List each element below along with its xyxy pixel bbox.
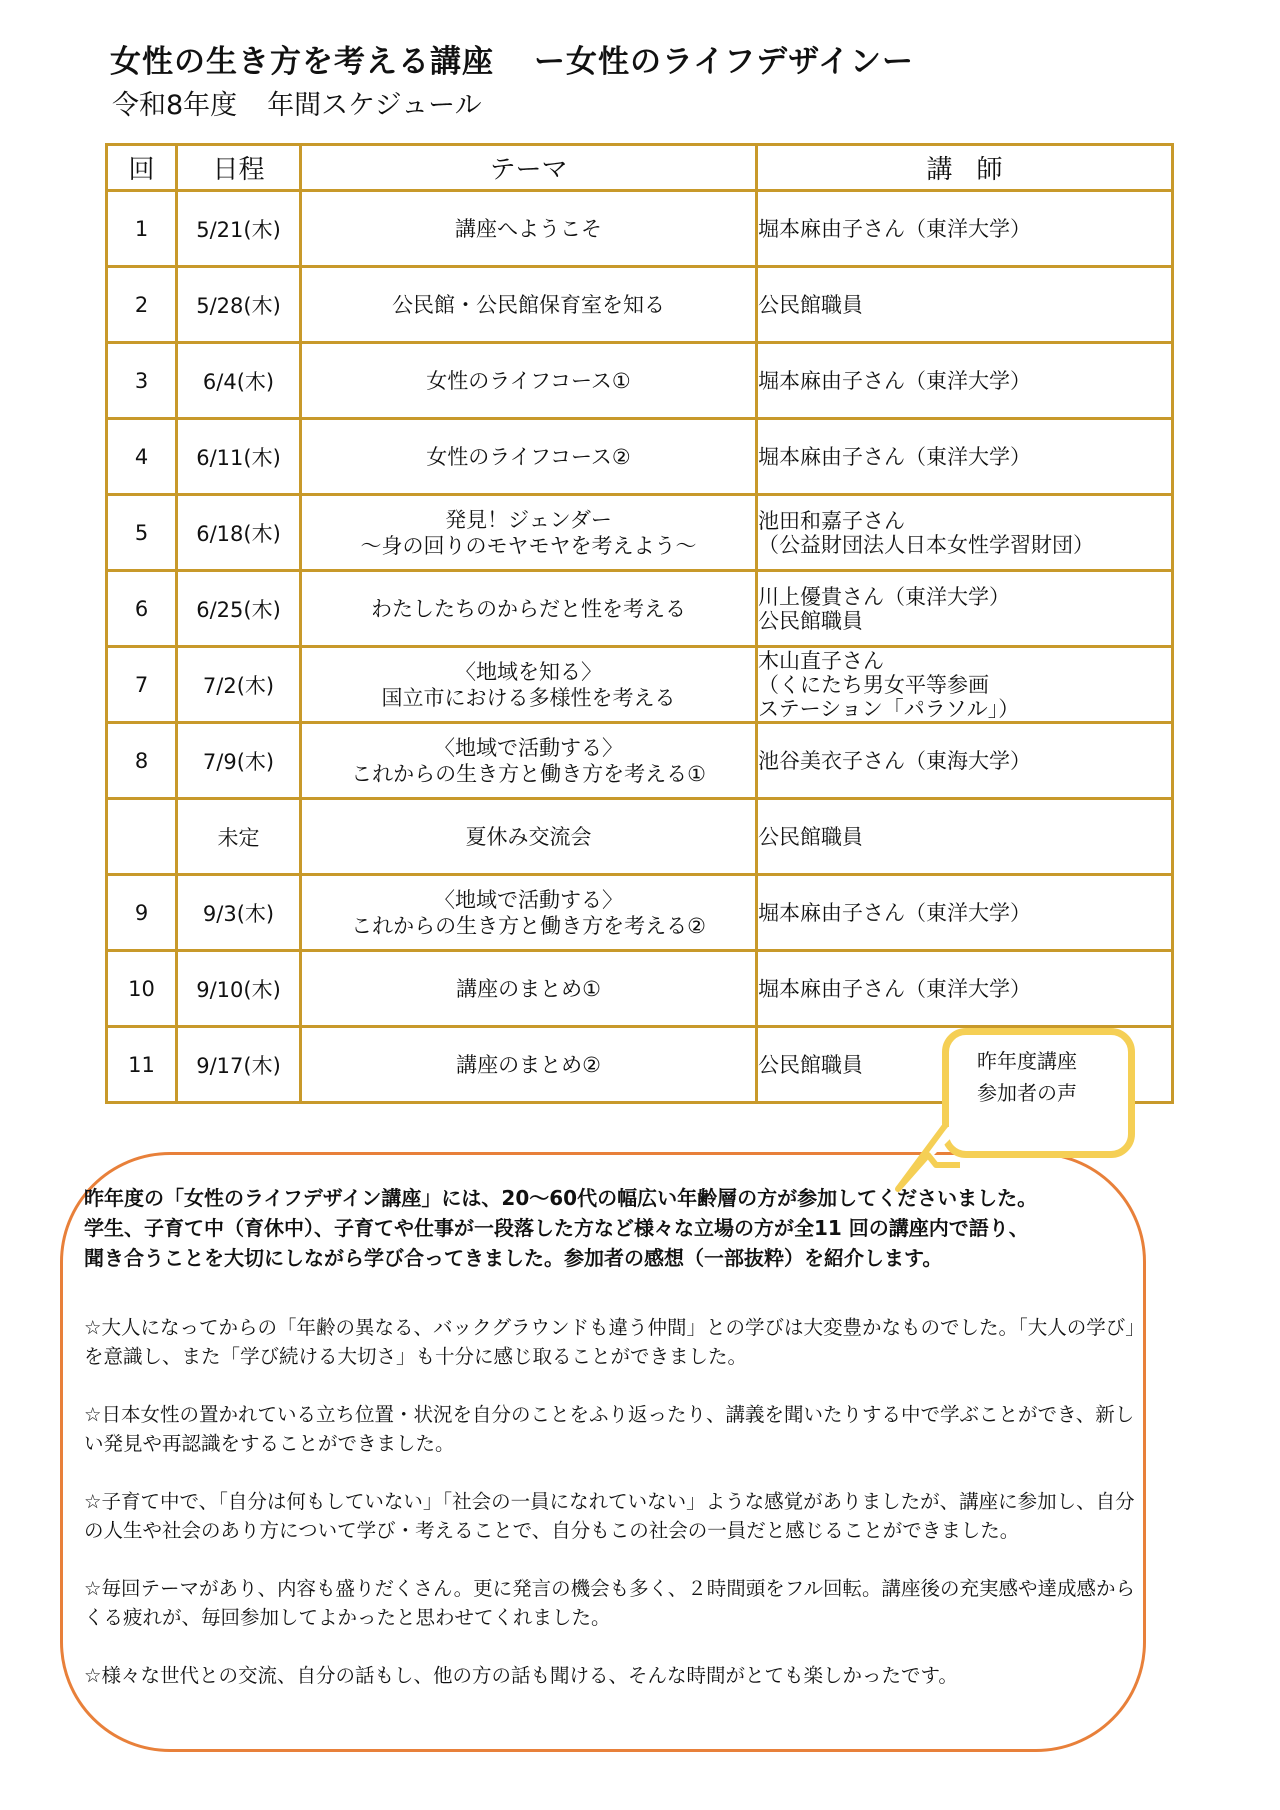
- cell-theme-line: 夏休み交流会: [302, 824, 755, 850]
- table-row: 99/3(木)〈地域で活動する〉これからの生き方と働き方を考える②堀本麻由子さん…: [107, 875, 1173, 951]
- cell-lecturer-line: 堀本麻由子さん（東洋大学）: [758, 977, 1171, 1001]
- cell-lecturer: 公民館職員: [757, 799, 1173, 875]
- table-header-row: 回 日程 テーマ 講師: [107, 145, 1173, 191]
- cell-theme: 公民館・公民館保育室を知る: [301, 267, 757, 343]
- cell-theme: 女性のライフコース①: [301, 343, 757, 419]
- cell-session-number: 3: [107, 343, 177, 419]
- subtitle-label: 年間スケジュール: [267, 90, 481, 121]
- cell-date: 9/3(木): [177, 875, 301, 951]
- cell-lecturer: 堀本麻由子さん（東洋大学）: [757, 343, 1173, 419]
- cell-theme-line: 〈地域を知る〉: [302, 659, 755, 685]
- cell-lecturer-line: （くにたち男女平等参画: [758, 673, 1171, 697]
- cell-theme-line: 公民館・公民館保育室を知る: [302, 292, 755, 318]
- callout-bubble: 昨年度講座 参加者の声: [942, 1028, 1135, 1158]
- cell-lecturer-line: 公民館職員: [758, 293, 1171, 317]
- cell-date: 7/9(木): [177, 723, 301, 799]
- cell-date: 6/4(木): [177, 343, 301, 419]
- cell-date: 7/2(木): [177, 647, 301, 723]
- cell-theme-line: 〈地域で活動する〉: [302, 735, 755, 761]
- cell-session-number: 8: [107, 723, 177, 799]
- cell-date: 5/21(木): [177, 191, 301, 267]
- cell-theme: 〈地域で活動する〉これからの生き方と働き方を考える①: [301, 723, 757, 799]
- page-title: 女性の生き方を考える講座ー女性のライフデザインー: [110, 36, 914, 81]
- cell-date: 6/11(木): [177, 419, 301, 495]
- cell-session-number: 7: [107, 647, 177, 723]
- cell-lecturer-line: 川上優貴さん（東洋大学）: [758, 585, 1171, 609]
- callout-line: 参加者の声: [977, 1077, 1077, 1109]
- cell-lecturer: 堀本麻由子さん（東洋大学）: [757, 875, 1173, 951]
- table-row: 109/10(木)講座のまとめ①堀本麻由子さん（東洋大学）: [107, 951, 1173, 1027]
- title-main: 女性の生き方を考える講座: [110, 44, 494, 80]
- cell-lecturer-line: 堀本麻由子さん（東洋大学）: [758, 901, 1171, 925]
- cell-lecturer-line: 堀本麻由子さん（東洋大学）: [758, 369, 1171, 393]
- comment-item: ☆大人になってからの「年齢の異なる、バックグラウンドも違う仲間」との学びは大変豊…: [84, 1313, 1144, 1371]
- cell-lecturer-line: （公益財団法人日本女性学習財団）: [758, 533, 1171, 557]
- cell-date: 5/28(木): [177, 267, 301, 343]
- header-theme: テーマ: [301, 145, 757, 191]
- comment-item: ☆様々な世代との交流、自分の話もし、他の方の話も聞ける、そんな時間がとても楽しか…: [84, 1661, 1144, 1690]
- page-subtitle: 令和8年度年間スケジュール: [112, 83, 482, 122]
- cell-session-number: 9: [107, 875, 177, 951]
- title-sub: ー女性のライフデザインー: [534, 44, 914, 80]
- callout-line: 昨年度講座: [977, 1045, 1077, 1077]
- intro-line: 学生、子育て中（育休中）、子育てや仕事が一段落した方など様々な立場の方が全11 …: [84, 1213, 1164, 1243]
- schedule-body: 15/21(木)講座へようこそ堀本麻由子さん（東洋大学）25/28(木)公民館・…: [107, 191, 1173, 1103]
- cell-theme: 女性のライフコース②: [301, 419, 757, 495]
- cell-lecturer-line: 池田和嘉子さん: [758, 509, 1171, 533]
- cell-lecturer-line: 公民館職員: [758, 825, 1171, 849]
- cell-session-number: 10: [107, 951, 177, 1027]
- cell-theme-line: ～身の回りのモヤモヤを考えよう～: [302, 533, 755, 559]
- cell-session-number: 2: [107, 267, 177, 343]
- cell-session-number: 4: [107, 419, 177, 495]
- cell-theme: 夏休み交流会: [301, 799, 757, 875]
- header-num: 回: [107, 145, 177, 191]
- cell-lecturer: 公民館職員: [757, 267, 1173, 343]
- cell-lecturer: 川上優貴さん（東洋大学）公民館職員: [757, 571, 1173, 647]
- cell-theme-line: 女性のライフコース②: [302, 444, 755, 470]
- cell-theme: 講座へようこそ: [301, 191, 757, 267]
- cell-date: 9/10(木): [177, 951, 301, 1027]
- callout-tail-icon: [890, 1125, 970, 1195]
- cell-theme-line: これからの生き方と働き方を考える①: [302, 761, 755, 787]
- table-row: 25/28(木)公民館・公民館保育室を知る公民館職員: [107, 267, 1173, 343]
- cell-lecturer: 堀本麻由子さん（東洋大学）: [757, 191, 1173, 267]
- callout-text: 昨年度講座 参加者の声: [977, 1045, 1077, 1109]
- cell-lecturer: 堀本麻由子さん（東洋大学）: [757, 419, 1173, 495]
- cell-date: 6/25(木): [177, 571, 301, 647]
- cell-theme-line: 講座のまとめ①: [302, 976, 755, 1002]
- header-lecturer-a: 講: [926, 155, 952, 185]
- cell-theme: わたしたちのからだと性を考える: [301, 571, 757, 647]
- comment-item: ☆子育て中で、「自分は何もしていない」「社会の一員になれていない」ような感覚があ…: [84, 1487, 1144, 1545]
- cell-date: 9/17(木): [177, 1027, 301, 1103]
- subtitle-year: 令和8年度: [112, 90, 237, 121]
- cell-theme: 講座のまとめ②: [301, 1027, 757, 1103]
- cell-date: 未定: [177, 799, 301, 875]
- cell-lecturer: 堀本麻由子さん（東洋大学）: [757, 951, 1173, 1027]
- voices-comments: ☆大人になってからの「年齢の異なる、バックグラウンドも違う仲間」との学びは大変豊…: [84, 1313, 1144, 1719]
- cell-theme: 講座のまとめ①: [301, 951, 757, 1027]
- cell-theme-line: 国立市における多様性を考える: [302, 685, 755, 711]
- cell-lecturer-line: 堀本麻由子さん（東洋大学）: [758, 445, 1171, 469]
- cell-lecturer: 池田和嘉子さん（公益財団法人日本女性学習財団）: [757, 495, 1173, 571]
- schedule-table: 回 日程 テーマ 講師 15/21(木)講座へようこそ堀本麻由子さん（東洋大学）…: [105, 143, 1174, 1104]
- cell-lecturer-line: 池谷美衣子さん（東海大学）: [758, 749, 1171, 773]
- cell-theme-line: わたしたちのからだと性を考える: [302, 596, 755, 622]
- cell-lecturer: 池谷美衣子さん（東海大学）: [757, 723, 1173, 799]
- cell-theme: 〈地域で活動する〉これからの生き方と働き方を考える②: [301, 875, 757, 951]
- table-row: 36/4(木)女性のライフコース①堀本麻由子さん（東洋大学）: [107, 343, 1173, 419]
- voices-intro: 昨年度の「女性のライフデザイン講座」には、20～60代の幅広い年齢層の方が参加し…: [84, 1183, 1164, 1273]
- table-row: 未定夏休み交流会公民館職員: [107, 799, 1173, 875]
- comment-item: ☆日本女性の置かれている立ち位置・状況を自分のことをふり返ったり、講義を聞いたり…: [84, 1400, 1144, 1458]
- cell-theme-line: 発見！ジェンダー: [302, 507, 755, 533]
- cell-session-number: [107, 799, 177, 875]
- cell-theme-line: 〈地域で活動する〉: [302, 887, 755, 913]
- cell-lecturer-line: 公民館職員: [758, 609, 1171, 633]
- table-row: 46/11(木)女性のライフコース②堀本麻由子さん（東洋大学）: [107, 419, 1173, 495]
- table-row: 66/25(木)わたしたちのからだと性を考える川上優貴さん（東洋大学）公民館職員: [107, 571, 1173, 647]
- cell-lecturer-line: 堀本麻由子さん（東洋大学）: [758, 217, 1171, 241]
- cell-theme-line: 講座のまとめ②: [302, 1052, 755, 1078]
- cell-lecturer: 木山直子さん（くにたち男女平等参画ステーション「パラソル」）: [757, 647, 1173, 723]
- table-row: 15/21(木)講座へようこそ堀本麻由子さん（東洋大学）: [107, 191, 1173, 267]
- table-row: 56/18(木)発見！ジェンダー～身の回りのモヤモヤを考えよう～池田和嘉子さん（…: [107, 495, 1173, 571]
- cell-date: 6/18(木): [177, 495, 301, 571]
- comment-item: ☆毎回テーマがあり、内容も盛りだくさん。更に発言の機会も多く、２時間頭をフル回転…: [84, 1574, 1144, 1632]
- cell-session-number: 6: [107, 571, 177, 647]
- table-row: 77/2(木)〈地域を知る〉国立市における多様性を考える木山直子さん（くにたち男…: [107, 647, 1173, 723]
- header-lecturer: 講師: [757, 145, 1173, 191]
- cell-session-number: 11: [107, 1027, 177, 1103]
- intro-line: 聞き合うことを大切にしながら学び合ってきました。参加者の感想（一部抜粋）を紹介し…: [84, 1243, 1164, 1273]
- intro-line: 昨年度の「女性のライフデザイン講座」には、20～60代の幅広い年齢層の方が参加し…: [84, 1183, 1164, 1213]
- header-lecturer-b: 師: [977, 155, 1003, 185]
- cell-lecturer-line: 木山直子さん: [758, 649, 1171, 673]
- header-date: 日程: [177, 145, 301, 191]
- cell-theme: 〈地域を知る〉国立市における多様性を考える: [301, 647, 757, 723]
- cell-theme-line: これからの生き方と働き方を考える②: [302, 913, 755, 939]
- table-row: 87/9(木)〈地域で活動する〉これからの生き方と働き方を考える①池谷美衣子さん…: [107, 723, 1173, 799]
- cell-lecturer-line: ステーション「パラソル」）: [758, 697, 1171, 721]
- cell-theme: 発見！ジェンダー～身の回りのモヤモヤを考えよう～: [301, 495, 757, 571]
- cell-session-number: 5: [107, 495, 177, 571]
- cell-session-number: 1: [107, 191, 177, 267]
- cell-theme-line: 講座へようこそ: [302, 216, 755, 242]
- cell-theme-line: 女性のライフコース①: [302, 368, 755, 394]
